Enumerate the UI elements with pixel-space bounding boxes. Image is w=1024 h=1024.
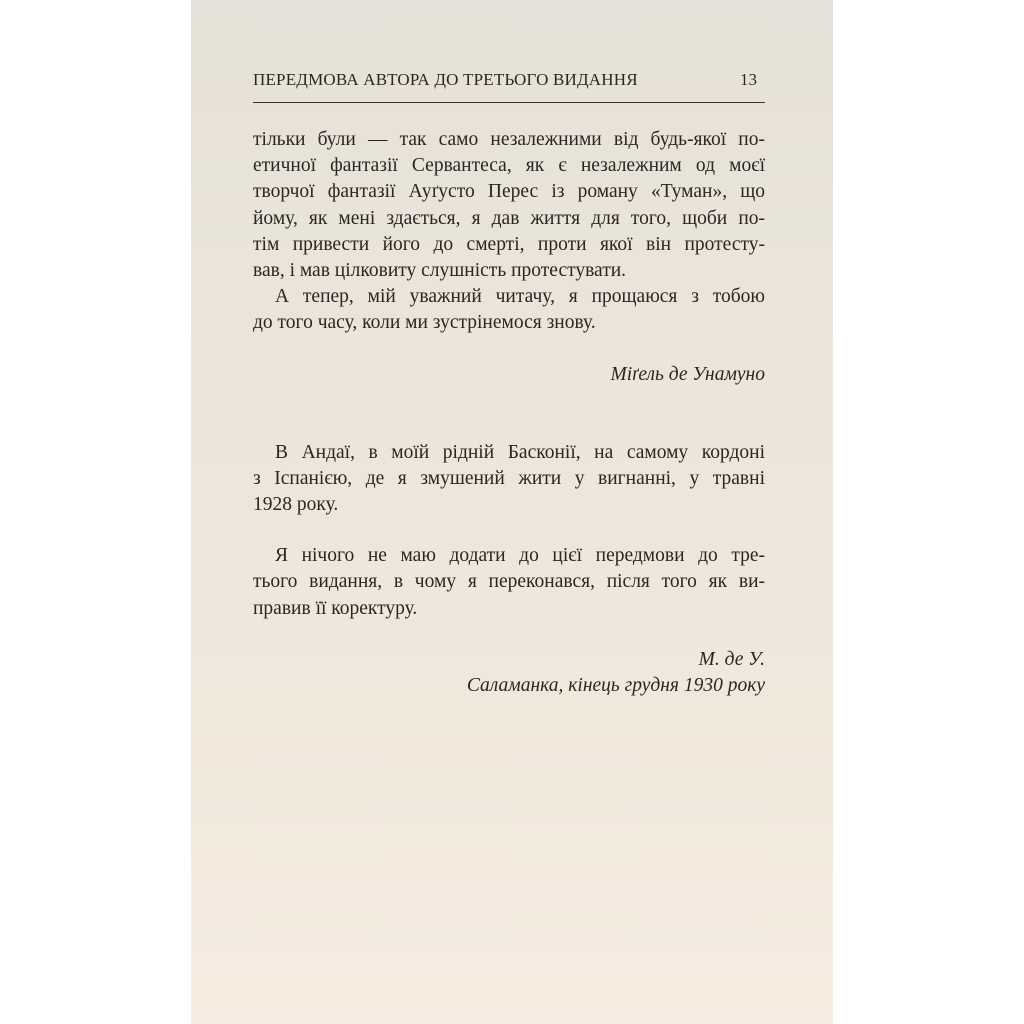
text-line: творчої фантазії Ауґусто Перес із роману…: [253, 179, 765, 205]
spacer: [253, 388, 765, 440]
initials-signature: М. де У.: [253, 647, 765, 673]
text-line: тім привести його до смерті, проти якої …: [253, 232, 765, 258]
page-number: 13: [740, 70, 757, 90]
header-rule: [253, 102, 765, 103]
paragraph-addendum: Я нічого не маю додати до цієї передмови…: [253, 543, 765, 622]
text-line: тього видання, в чому я переконався, піс…: [253, 569, 765, 595]
header-title: ПЕРЕДМОВА АВТОРА ДО ТРЕТЬОГО ВИДАННЯ: [253, 70, 638, 90]
author-signature: Міґель де Унамуно: [253, 362, 765, 388]
text-line: А тепер, мій уважний читачу, я прощаюся …: [253, 284, 765, 310]
text-line: з Іспанією, де я змушений жити у вигнанн…: [253, 466, 765, 492]
text-line: В Андаї, в моїй рідній Басконії, на само…: [253, 440, 765, 466]
book-page: ПЕРЕДМОВА АВТОРА ДО ТРЕТЬОГО ВИДАННЯ 13 …: [191, 0, 833, 1024]
running-header: ПЕРЕДМОВА АВТОРА ДО ТРЕТЬОГО ВИДАННЯ 13: [253, 70, 763, 94]
paragraph-continuation: тільки були — так само незалежними від б…: [253, 127, 765, 284]
text-line: 1928 року.: [253, 492, 765, 518]
text-line: правив її коректуру.: [253, 596, 765, 622]
text-line: Я нічого не маю додати до цієї передмови…: [253, 543, 765, 569]
text-line: вав, і мав цілковиту слушність протестув…: [253, 258, 765, 284]
text-line: тільки були — так само незалежними від б…: [253, 127, 765, 153]
place-date: Саламанка, кінець грудня 1930 року: [253, 673, 765, 699]
text-line: етичної фантазії Сервантеса, як є незале…: [253, 153, 765, 179]
text-line: йому, як мені здається, я дав життя для …: [253, 206, 765, 232]
body-text: тільки були — так само незалежними від б…: [253, 127, 765, 699]
paragraph-farewell: А тепер, мій уважний читачу, я прощаюся …: [253, 284, 765, 336]
text-line: до того часу, коли ми зустрінемося знову…: [253, 310, 765, 336]
spacer: [253, 518, 765, 543]
spacer: [253, 622, 765, 647]
paragraph-location: В Андаї, в моїй рідній Басконії, на само…: [253, 440, 765, 519]
spacer: [253, 337, 765, 362]
